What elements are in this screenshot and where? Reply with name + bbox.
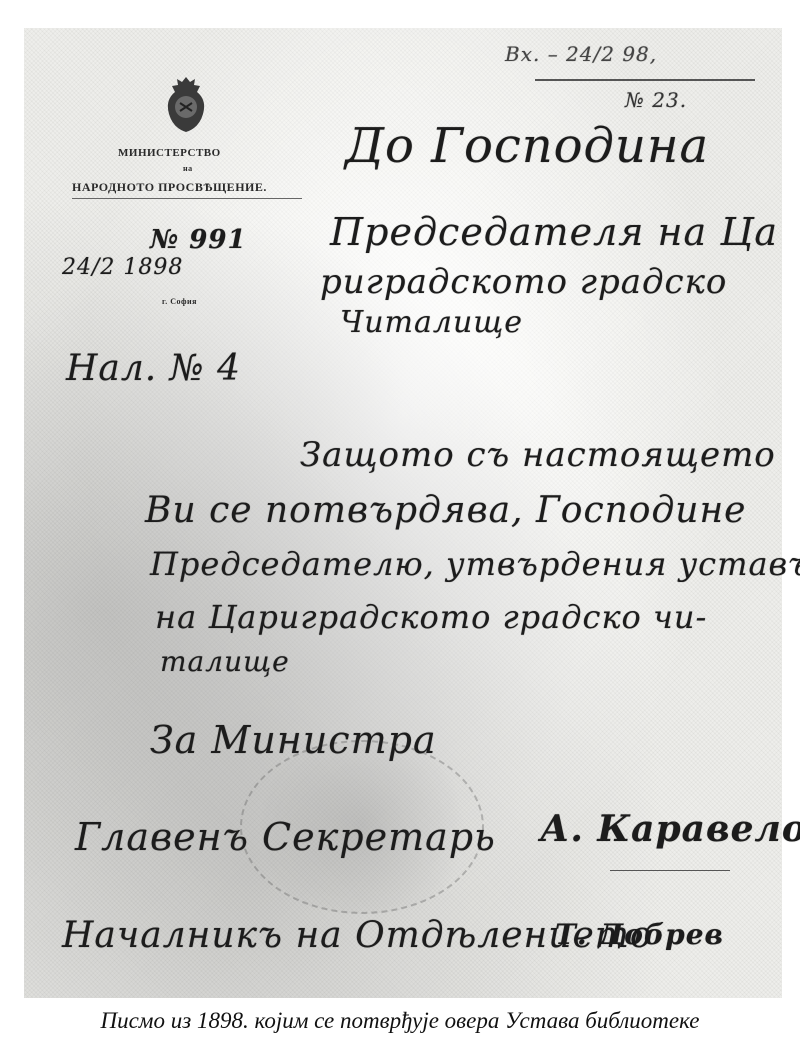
address-salutation: До Господина (345, 118, 709, 174)
address-line-3: риградското градско (320, 262, 727, 302)
department-head-signature: Т. Добрев (555, 918, 724, 951)
received-note-rule (535, 79, 755, 81)
ministry-name: МИНИСТЕРСТВО (118, 147, 221, 159)
body-line-3: Председателю, утвърдения уставъ (150, 545, 800, 583)
letterhead-rule (72, 198, 302, 199)
secretary-signature-flourish (610, 870, 730, 871)
document-number: № 991 (150, 225, 247, 255)
figure-caption: Писмо из 1898. којим се потврђује овера … (0, 1008, 800, 1034)
secretary-title: Главенъ Секретарь (75, 815, 496, 859)
coat-of-arms-icon (160, 75, 212, 135)
for-minister-line: За Министра (150, 718, 437, 762)
body-line-2: Ви се потвърдява, Господине (145, 490, 747, 531)
reference-number: Нал. № 4 (66, 348, 241, 389)
body-line-4: на Цариградското градско чи- (155, 598, 707, 636)
address-line-2: Председателя на Ца (330, 210, 778, 254)
address-line-4: Читалище (340, 305, 523, 340)
body-line-5: талище (160, 645, 290, 678)
ministry-department: НАРОДНОТО ПРОСВѢЩЕНИЕ. (72, 180, 267, 195)
secretary-signature: А. Каравелов (540, 808, 800, 850)
registration-number: № 23. (625, 88, 687, 112)
received-date-note: Вх. – 24/2 98, (505, 42, 657, 66)
city-label: г. София (162, 297, 197, 306)
ministry-connector: на (183, 164, 193, 173)
body-line-1: Защото съ настоящето (300, 435, 776, 475)
document-date: 24/2 1898 (62, 255, 183, 280)
